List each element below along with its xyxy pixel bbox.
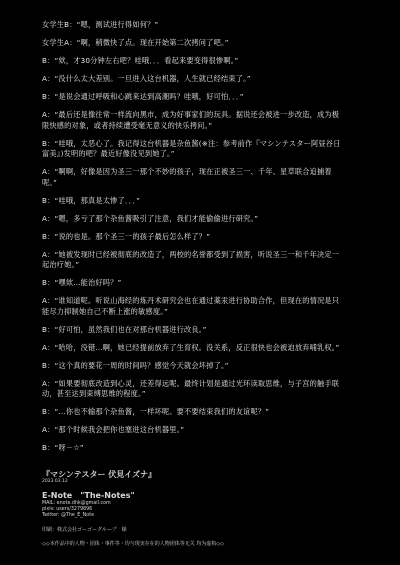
dialogue-line: B：“欸，才30分钟左右吧？哇哦．．．看起来要变得很惨啊。” bbox=[42, 56, 342, 67]
circle-name: E-Note "The-Notes" bbox=[42, 491, 342, 501]
printer-credit: 印刷：株式会社ゴーゴーグループ 様 bbox=[42, 527, 342, 533]
dialogue-line: B：“…你也不输那个杂鱼酱，一样坏呢。要不要结束我们的友谊呢？” bbox=[42, 407, 342, 418]
dialogue-line: A：“哈哈，没错…啊，她已经提前放弃了生育权。没关系，反正很快也会被迫放弃哺乳权… bbox=[42, 343, 342, 354]
dialogue-line: B：“是说会通过呼吸和心跳来达到高潮吗？哇哦，好可怕．．．” bbox=[42, 92, 342, 103]
dialogue-body: 女学生B：“嗯，测试进行得如何？” 女学生A：“啊，稍微快了点。现在开始第二次拷… bbox=[42, 20, 342, 461]
publish-date: 2023.03.12 bbox=[42, 479, 342, 485]
dialogue-line: A：“没什么太大差别。一旦进入这台机器，人生就已经结束了。” bbox=[42, 74, 342, 85]
dialogue-line: B：“这个真的要花一周的时间吗？感觉今天就会坏掉了。” bbox=[42, 361, 342, 372]
dialogue-line: B：“嘿欸…能治好吗？” bbox=[42, 278, 342, 289]
book-title: 『マシンテスター 伏見イズナ』 bbox=[42, 470, 342, 479]
dialogue-line: A：“嗯，多亏了那个杂鱼酱吸引了注意，我们才能偷偷进行研究。” bbox=[42, 214, 342, 225]
dialogue-line: B：“说的也是。那个圣三一的孩子最后怎么样了？” bbox=[42, 232, 342, 243]
dialogue-line: A：“最后还是像往常一样流向黑市，成为好事家们的玩具。据说还会被进一步改造，成为… bbox=[42, 110, 342, 131]
dialogue-line: B：“呀－☆” bbox=[42, 443, 342, 454]
disclaimer: ◇◇本作品中的人物・団体・事件等・均与現実存在的人物团体等无关 均为虚构◇◇ bbox=[42, 541, 342, 547]
twitter-contact: Twitter: @The_E_Note bbox=[42, 513, 342, 519]
dialogue-line: B：“哇哦，太恶心了。我记得这台机器是杂鱼酱(※注：参考前作『マシンテスター阿昼… bbox=[42, 139, 342, 160]
dialogue-line: 女学生A：“啊，稍微快了点。现在开始第二次拷问了吧。” bbox=[42, 38, 342, 49]
dialogue-line: A：“如果要彻底改造到心灵，还差得远呢。最终计划是通过光环读取思维，与子宫的触手… bbox=[42, 379, 342, 400]
dialogue-line: A：“谁知道呢。听说山海经的炼丹术研究会也在通过薬汞进行协助合作，但现在的情况是… bbox=[42, 296, 342, 317]
dialogue-line: B：“好可怕，虽然我们也在对那台机器进行改良。” bbox=[42, 325, 342, 336]
dialogue-line: 女学生B：“嗯，测试进行得如何？” bbox=[42, 20, 342, 31]
colophon: 『マシンテスター 伏見イズナ』 2023.03.12 E-Note "The-N… bbox=[42, 470, 342, 547]
dialogue-line: A：“啊啊，好像是因为圣三一那个不妙的孩子，现在正被圣三一、千年、星草联合追捕着… bbox=[42, 167, 342, 188]
dialogue-line: B：“哇哦，那真是太惨了．．．” bbox=[42, 196, 342, 207]
dialogue-line: A：“那个时候我会把你也塞进这台机器里。” bbox=[42, 425, 342, 436]
dialogue-line: A：“她被发现时已经被彻底的改造了，两校的名誉都受到了损害，听说圣三一和千年决定… bbox=[42, 250, 342, 271]
